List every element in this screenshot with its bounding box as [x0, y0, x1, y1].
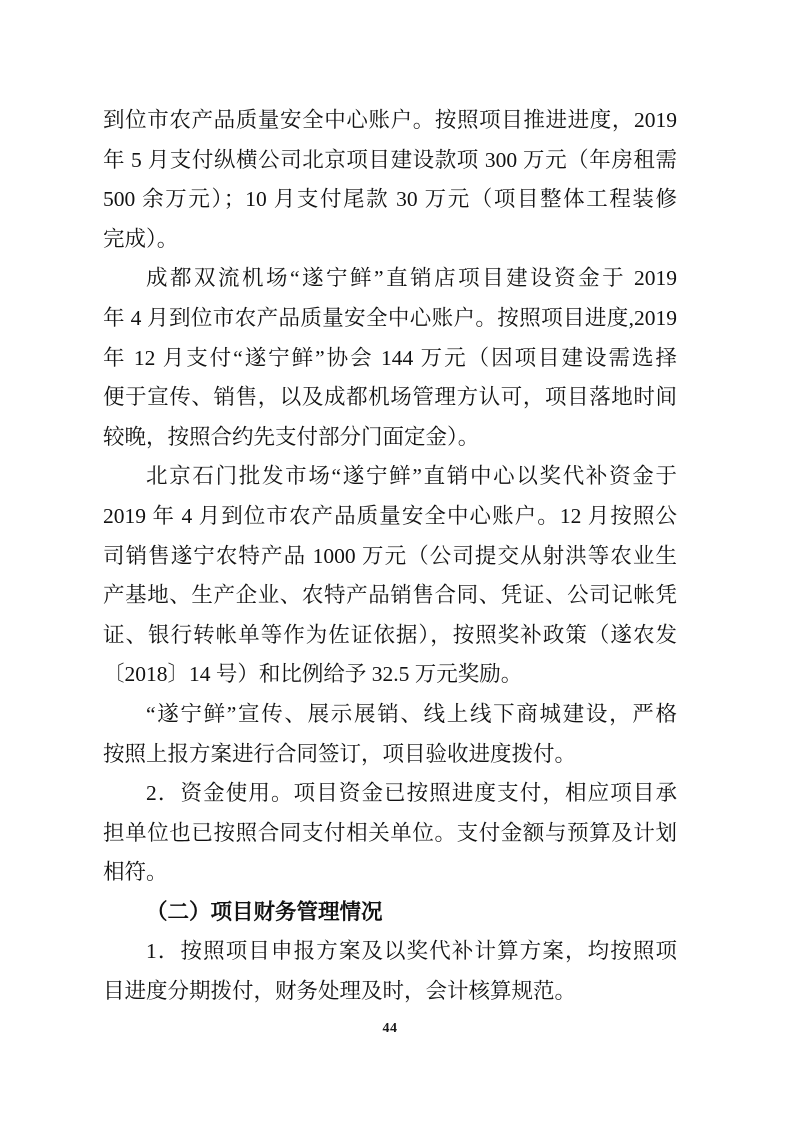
text-line: 北京石门批发市场“遂宁鲜”直销中心以奖代补资金于: [103, 457, 677, 497]
text-line: 2．资金使用。项目资金已按照进度支付，相应项目承: [103, 774, 677, 814]
text-line: 按照上报方案进行合同签订，项目验收进度拨付。: [103, 735, 677, 775]
text-line: 〔2018〕14 号）和比例给予 32.5 万元奖励。: [103, 655, 677, 695]
text-line: 2019 年 4 月到位市农产品质量安全中心账户。12 月按照公: [103, 497, 677, 537]
text-body: 到位市农产品质量安全中心账户。按照项目推进进度，2019年 5 月支付纵横公司北…: [103, 101, 677, 1012]
text-line: “遂宁鲜”宣传、展示展销、线上线下商城建设，严格: [103, 695, 677, 735]
page-number: 44: [103, 1021, 677, 1037]
text-line: 便于宣传、销售，以及成都机场管理方认可，项目落地时间: [103, 378, 677, 418]
text-line: 担单位也已按照合同支付相关单位。支付金额与预算及计划: [103, 814, 677, 854]
text-line: 较晚，按照合约先支付部分门面定金）。: [103, 418, 677, 458]
document-page: 到位市农产品质量安全中心账户。按照项目推进进度，2019年 5 月支付纵横公司北…: [0, 0, 793, 1122]
text-line: 1．按照项目申报方案及以奖代补计算方案，均按照项: [103, 932, 677, 972]
text-line: 完成）。: [103, 220, 677, 260]
text-line: 成都双流机场“遂宁鲜”直销店项目建设资金于 2019: [103, 259, 677, 299]
text-line: 年 12 月支付“遂宁鲜”协会 144 万元（因项目建设需选择: [103, 339, 677, 379]
text-line: 年 4 月到位市农产品质量安全中心账户。按照项目进度,2019: [103, 299, 677, 339]
text-line: 司销售遂宁农特产品 1000 万元（公司提交从射洪等农业生: [103, 537, 677, 577]
text-line: 年 5 月支付纵横公司北京项目建设款项 300 万元（年房租需: [103, 141, 677, 181]
text-line: 相符。: [103, 853, 677, 893]
text-line: 到位市农产品质量安全中心账户。按照项目推进进度，2019: [103, 101, 677, 141]
text-line: 500 余万元）；10 月支付尾款 30 万元（项目整体工程装修: [103, 180, 677, 220]
text-line: 产基地、生产企业、农特产品销售合同、凭证、公司记帐凭: [103, 576, 677, 616]
text-line: 目进度分期拨付，财务处理及时，会计核算规范。: [103, 972, 677, 1012]
section-heading-line: （二）项目财务管理情况: [103, 893, 677, 933]
text-line: 证、银行转帐单等作为佐证依据），按照奖补政策（遂农发: [103, 616, 677, 656]
